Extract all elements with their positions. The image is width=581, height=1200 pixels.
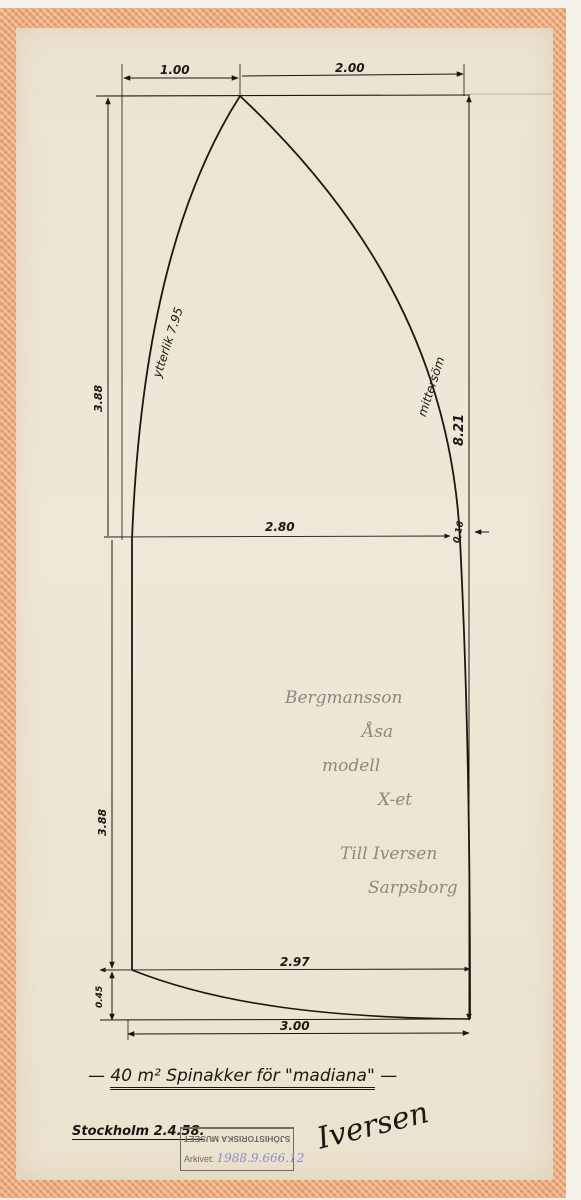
- top-reference-line: [96, 95, 470, 96]
- museum-stamp: SJÖHISTORISKA MUSEET Arkivet: 1988.9.666…: [180, 1127, 294, 1171]
- stamp-archive-row: Arkivet: 1988.9.666.12: [181, 1148, 293, 1169]
- title-text: 40 m² Spinakker för "madiana": [110, 1066, 374, 1090]
- dim-label-2.97: 2.97: [280, 955, 310, 969]
- dim-line-2.80: [104, 536, 450, 537]
- stamp-museum-name: SJÖHISTORISKA MUSEET: [181, 1128, 293, 1148]
- dim-label-8.21: 8.21: [452, 414, 467, 446]
- stamp-archive-number: 1988.9.666.12: [217, 1151, 305, 1165]
- dim-label-lower-3.88: 3.88: [96, 809, 109, 836]
- pencil-note-line-4: X-et: [378, 790, 412, 810]
- dim-line-3.00: [128, 1033, 469, 1034]
- dim-label-1.00: 1.00: [160, 63, 190, 77]
- dim-label-0.45: 0.45: [95, 986, 105, 1008]
- title-dash-left: —: [88, 1066, 105, 1086]
- title-dash-right: —: [380, 1066, 397, 1086]
- dim-label-upper-3.88: 3.88: [92, 385, 105, 412]
- dim-label-2.00: 2.00: [335, 61, 365, 75]
- pencil-note-line-6: Sarpsborg: [368, 878, 458, 898]
- luff-curve: [132, 96, 240, 970]
- pencil-note-line-1: Bergmansson: [285, 688, 402, 708]
- pencil-note-line-5: Till Iversen: [340, 844, 437, 864]
- stamp-archive-label: Arkivet:: [184, 1154, 214, 1164]
- dim-line-2.97: [100, 969, 470, 970]
- dim-label-2.80: 2.80: [265, 520, 295, 534]
- dim-label-3.00: 3.00: [280, 1019, 310, 1033]
- foot-curve: [132, 970, 470, 1019]
- pencil-note-line-2: Åsa: [362, 722, 393, 742]
- pencil-note-line-3: modell: [322, 756, 380, 776]
- drawing-title: — 40 m² Spinakker för "madiana" —: [88, 1066, 397, 1086]
